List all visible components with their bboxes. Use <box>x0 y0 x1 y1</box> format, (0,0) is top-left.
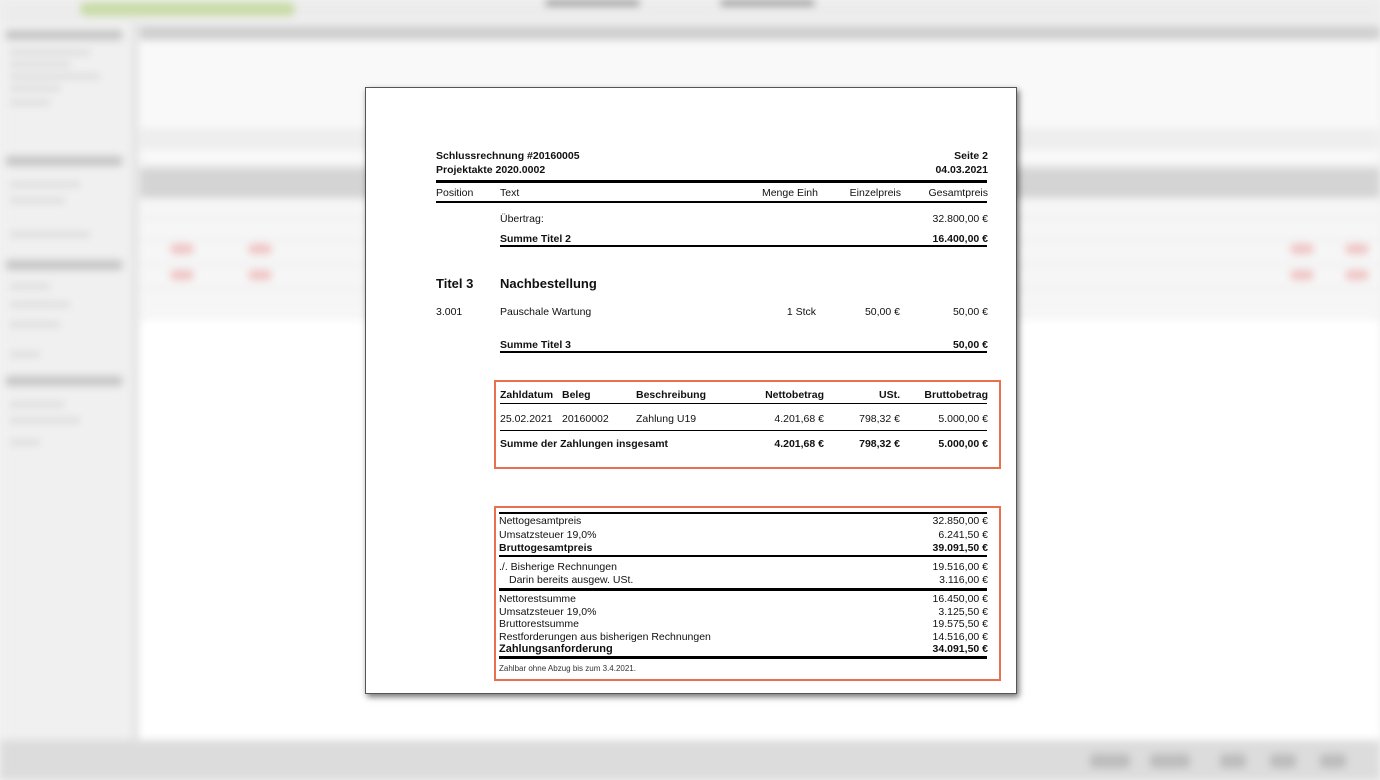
summary-label: Umsatzsteuer 19,0% <box>499 606 596 618</box>
col-gesamtpreis: Gesamtpreis <box>928 187 988 199</box>
main-header <box>140 26 1380 40</box>
divider <box>436 201 987 203</box>
item-menge: 1 Stck <box>746 306 816 318</box>
uebertrag-label: Übertrag: <box>500 213 544 225</box>
payment-description: Zahlung U19 <box>636 413 696 425</box>
summary-value: 3.116,00 € <box>939 574 988 586</box>
status-bar <box>0 740 1380 780</box>
summary-value: 6.241,50 € <box>938 529 988 541</box>
summary-label: Nettogesamtpreis <box>499 515 581 527</box>
payments-total-netto: 4.201,68 € <box>746 438 824 450</box>
payment-ust: 798,32 € <box>836 413 900 425</box>
summary-value: 14.516,00 € <box>933 631 988 643</box>
invoice-date: 04.03.2021 <box>935 164 988 176</box>
project-reference: Projektakte 2020.0002 <box>436 164 545 176</box>
summary-label: Nettorestsumme <box>499 593 576 605</box>
pay-col-netto: Nettobetrag <box>746 389 824 401</box>
invoice-page: Schlussrechnung #20160005 Projektakte 20… <box>365 87 1017 694</box>
sidebar-section-header <box>6 260 122 270</box>
payments-total-brutto: 5.000,00 € <box>938 438 988 450</box>
payment-terms-note: Zahlbar ohne Abzug bis zum 3.4.2021. <box>499 664 636 673</box>
summary-label: ./. Bisherige Rechnungen <box>499 561 617 573</box>
sidebar-section-header <box>6 156 122 166</box>
payment-date: 25.02.2021 <box>500 413 553 425</box>
summary-value: 19.516,00 € <box>933 561 988 573</box>
summary-value: 32.850,00 € <box>933 515 988 527</box>
payment-netto: 4.201,68 € <box>746 413 824 425</box>
pay-col-beleg: Beleg <box>562 389 591 401</box>
pay-col-zahldatum: Zahldatum <box>500 389 553 401</box>
summary-label: Bruttogesamtpreis <box>499 542 592 554</box>
active-tab <box>80 2 295 16</box>
sidebar <box>0 22 138 780</box>
item-position: 3.001 <box>436 306 462 318</box>
divider <box>499 555 987 557</box>
item-gesamtpreis: 50,00 € <box>953 306 988 318</box>
summary-value: 16.450,00 € <box>933 593 988 605</box>
summary-label: Restforderungen aus bisherigen Rechnunge… <box>499 631 711 643</box>
summary-value: 39.091,50 € <box>933 542 988 554</box>
payment-document: 20160002 <box>562 413 609 425</box>
summary-value: 34.091,50 € <box>933 643 988 655</box>
uebertrag-value: 32.800,00 € <box>933 213 988 225</box>
divider <box>500 351 987 353</box>
divider <box>500 430 987 431</box>
section-title: Nachbestellung <box>500 276 597 291</box>
summary-label: Zahlungsanforderung <box>499 643 613 655</box>
payments-total-label: Summe der Zahlungen insgesamt <box>500 438 668 450</box>
pay-col-beschreibung: Beschreibung <box>636 389 706 401</box>
summary-label: Darin bereits ausgew. USt. <box>509 574 633 586</box>
summe-titel-3-label: Summe Titel 3 <box>500 339 571 351</box>
divider <box>499 512 987 514</box>
invoice-title: Schlussrechnung #20160005 <box>436 150 580 162</box>
summe-titel-2-value: 16.400,00 € <box>933 233 988 245</box>
summary-label: Bruttorestsumme <box>499 618 579 630</box>
summe-titel-2-label: Summe Titel 2 <box>500 233 571 245</box>
divider <box>436 180 987 183</box>
col-einzelpreis: Einzelpreis <box>826 187 901 199</box>
window-tab <box>720 0 815 6</box>
section-number: Titel 3 <box>436 276 473 291</box>
summary-value: 3.125,50 € <box>938 606 988 618</box>
sidebar-section-header <box>6 30 122 40</box>
payment-brutto: 5.000,00 € <box>938 413 988 425</box>
item-text: Pauschale Wartung <box>500 306 591 318</box>
summary-value: 19.575,50 € <box>933 618 988 630</box>
title-bar <box>0 0 1380 22</box>
item-einzelpreis: 50,00 € <box>826 306 900 318</box>
window-tab <box>545 0 640 6</box>
col-position: Position <box>436 187 473 199</box>
payments-total-ust: 798,32 € <box>836 438 900 450</box>
summary-label: Umsatzsteuer 19,0% <box>499 529 596 541</box>
divider <box>499 588 987 591</box>
divider <box>500 245 987 247</box>
pay-col-brutto: Bruttobetrag <box>924 389 988 401</box>
col-text: Text <box>500 187 519 199</box>
pay-col-ust: USt. <box>836 389 900 401</box>
divider <box>500 403 987 404</box>
divider <box>499 656 987 659</box>
summe-titel-3-value: 50,00 € <box>953 339 988 351</box>
col-menge-einh: Menge Einh <box>746 187 818 199</box>
sidebar-section-header <box>6 376 122 386</box>
page-number: Seite 2 <box>954 150 988 162</box>
